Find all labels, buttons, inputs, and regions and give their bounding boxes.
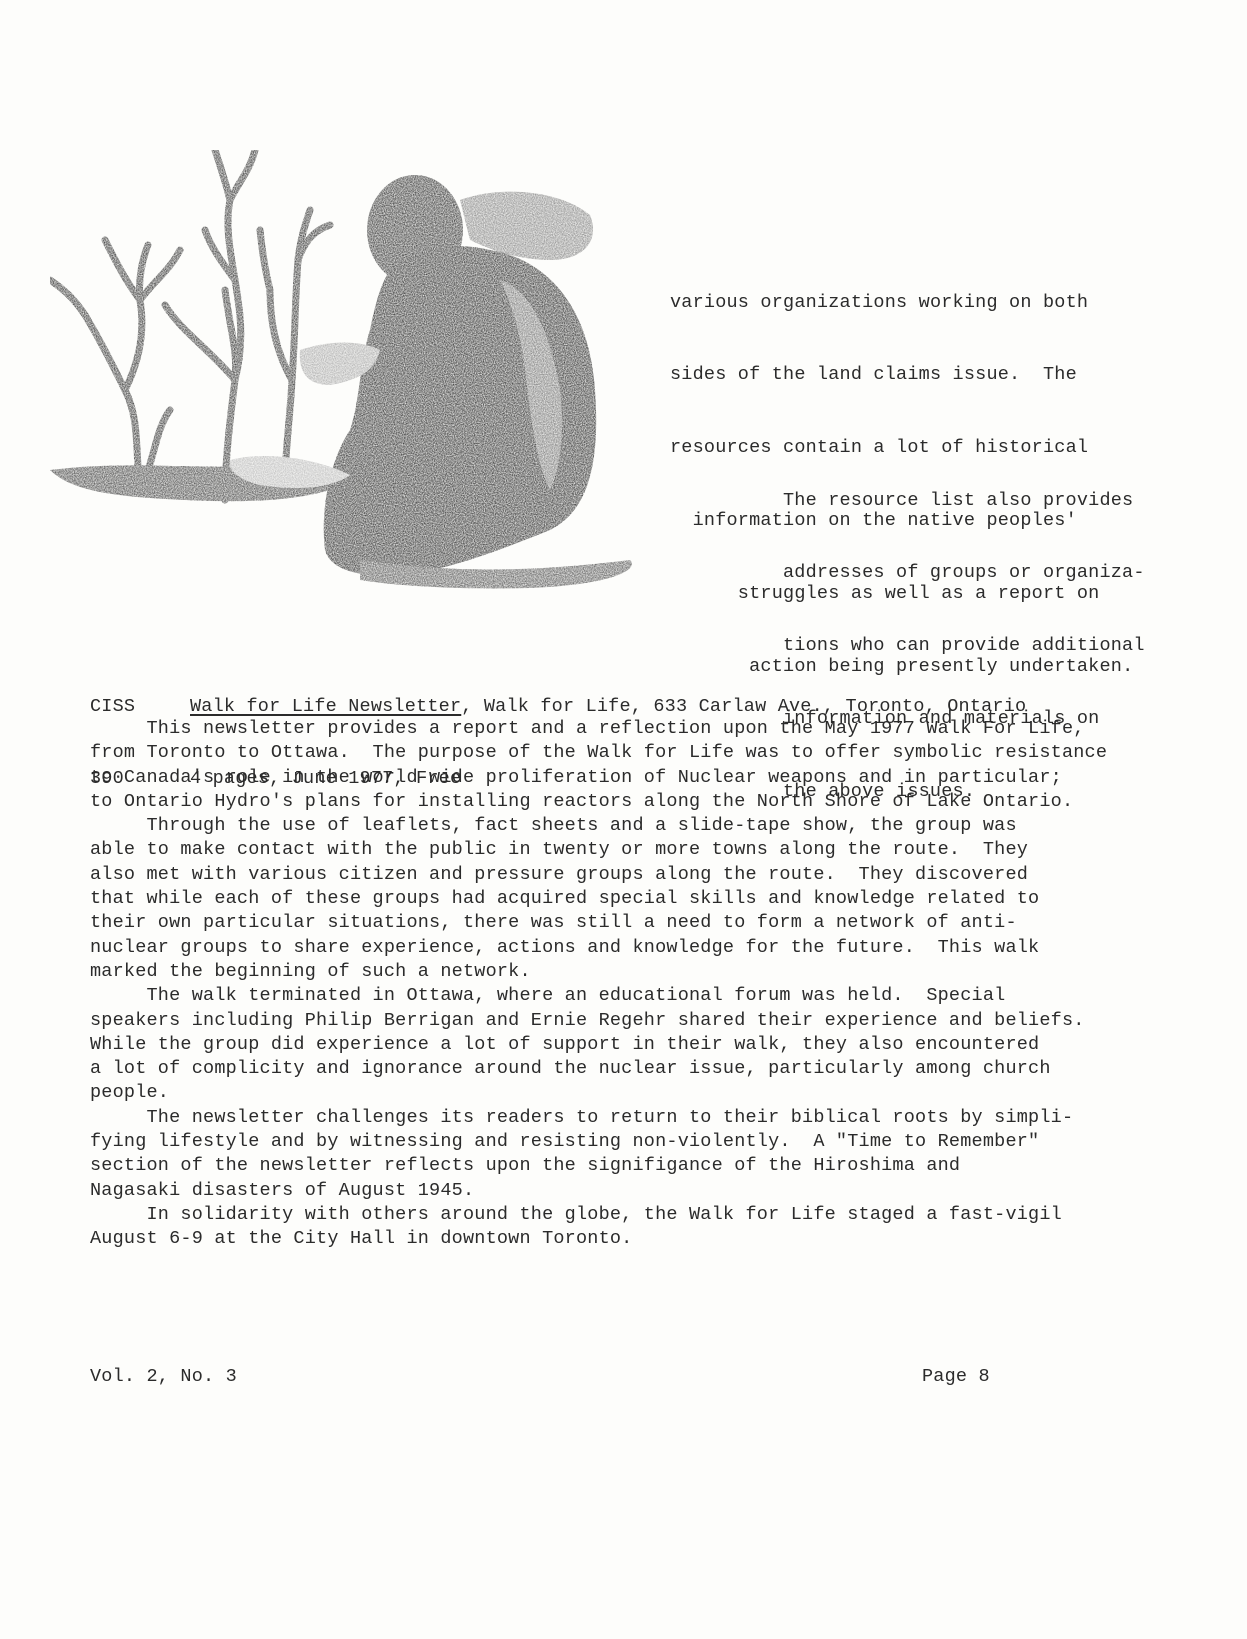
body-line: able to make contact with the public in … [90,838,1220,862]
body-line: to Ontario Hydro's plans for installing … [90,790,1220,814]
body-line: The walk terminated in Ottawa, where an … [90,984,1220,1008]
body-line: While the group did experience a lot of … [90,1033,1220,1057]
page-number: Page 8 [922,1365,990,1389]
review-body: This newsletter provides a report and a … [90,717,1220,1252]
body-line: a lot of complicity and ignorance around… [90,1057,1220,1081]
body-line: This newsletter provides a report and a … [90,717,1220,741]
body-line: people. [90,1081,1220,1105]
publication-title: Walk for Life Newsletter [190,696,461,717]
publisher-address: , Walk for Life, 633 Carlaw Ave., Toront… [461,696,1026,717]
body-line: from Toronto to Ottawa. The purpose of t… [90,741,1220,765]
illustration-crouching-figure [30,130,680,600]
body-line: also met with various citizen and pressu… [90,863,1220,887]
body-line: marked the beginning of such a network. [90,960,1220,984]
body-line: Nagasaki disasters of August 1945. [90,1179,1220,1203]
text-line: The resource list also provides [783,489,1145,513]
body-line: that while each of these groups had acqu… [90,887,1220,911]
body-line: to Canada's role in the world-wide proli… [90,766,1220,790]
shrub-icon [50,150,632,588]
catalogue-code-prefix: CISS [90,695,135,719]
body-line: their own particular situations, there w… [90,911,1220,935]
body-line: speakers including Philip Berrigan and E… [90,1009,1220,1033]
volume-number: Vol. 2, No. 3 [90,1365,237,1389]
body-line: fying lifestyle and by witnessing and re… [90,1130,1220,1154]
text-line: addresses of groups or organiza- [783,561,1145,585]
body-line: Through the use of leaflets, fact sheets… [90,814,1220,838]
text-line: sides of the land claims issue. The [670,363,1133,387]
text-line: various organizations working on both [670,291,1133,315]
body-line: In solidarity with others around the glo… [90,1203,1220,1227]
body-line: nuclear groups to share experience, acti… [90,936,1220,960]
body-line: section of the newsletter reflects upon … [90,1154,1220,1178]
body-line: August 6-9 at the City Hall in downtown … [90,1227,1220,1251]
citation-line: Walk for Life Newsletter, Walk for Life,… [190,695,1026,719]
body-line: The newsletter challenges its readers to… [90,1106,1220,1130]
